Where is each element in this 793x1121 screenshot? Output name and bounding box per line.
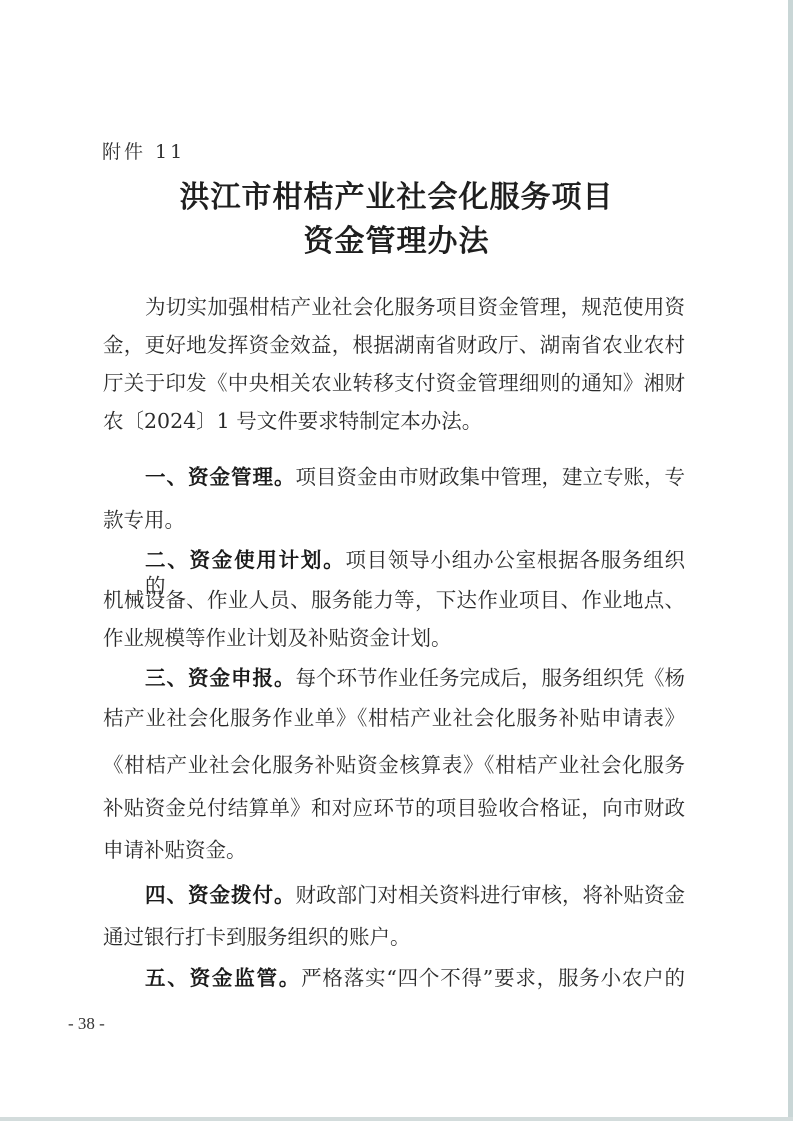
body-text: 金，更好地发挥资金效益，根据湖南省财政厅、湖南省农业农村 bbox=[103, 333, 685, 357]
body-line-content: 四、资金拨付。财政部门对相关资料进行审核，将补贴资金 bbox=[145, 882, 685, 908]
body-line-content: 厅关于印发《中央相关农业转移支付资金管理细则的通知》湘财 bbox=[103, 370, 685, 396]
body-line: 申请补贴资金。 bbox=[103, 837, 685, 863]
body-text: 作业规模等作业计划及补贴资金计划。 bbox=[103, 626, 452, 650]
body-text: 《柑桔产业社会化服务补贴资金核算表》《柑桔产业社会化服务 bbox=[103, 753, 685, 777]
body-line: 补贴资金兑付结算单》和对应环节的项目验收合格证，向市财政 bbox=[103, 795, 685, 821]
scan-edge-bottom bbox=[0, 1117, 793, 1121]
document-title-line-2: 资金管理办法 bbox=[0, 216, 793, 260]
body-line: 为切实加强柑桔产业社会化服务项目资金管理，规范使用资 bbox=[145, 294, 685, 320]
body-text: 补贴资金兑付结算单》和对应环节的项目验收合格证，向市财政 bbox=[103, 796, 685, 820]
body-line: 机械设备、作业人员、服务能力等，下达作业项目、作业地点、 bbox=[103, 587, 685, 613]
section-heading: 二、资金使用计划。 bbox=[145, 548, 345, 572]
body-text: 款专用。 bbox=[103, 508, 185, 532]
body-line-content: 补贴资金兑付结算单》和对应环节的项目验收合格证，向市财政 bbox=[103, 795, 685, 821]
body-line-content: 为切实加强柑桔产业社会化服务项目资金管理，规范使用资 bbox=[145, 294, 685, 320]
body-line: 二、资金使用计划。项目领导小组办公室根据各服务组织的 bbox=[145, 547, 685, 573]
body-line-content: 申请补贴资金。 bbox=[103, 837, 685, 863]
body-text: 财政部门对相关资料进行审核，将补贴资金 bbox=[296, 883, 686, 907]
body-line: 通过银行打卡到服务组织的账户。 bbox=[103, 924, 685, 950]
body-text: 严格落实“四个不得”要求，服务小农户的 bbox=[301, 966, 685, 990]
body-line-content: 三、资金申报。每个环节作业任务完成后，服务组织凭《杨 bbox=[145, 665, 685, 691]
page-number: - 38 - bbox=[68, 1014, 105, 1034]
body-line-content: 农〔2024〕1 号文件要求特制定本办法。 bbox=[103, 408, 685, 434]
body-line: 金，更好地发挥资金效益，根据湖南省财政厅、湖南省农业农村 bbox=[103, 332, 685, 358]
scan-edge-right bbox=[788, 0, 793, 1121]
body-text: 项目资金由市财政集中管理，建立专账，专 bbox=[296, 465, 686, 489]
body-text: 每个环节作业任务完成后，服务组织凭《杨 bbox=[296, 666, 686, 690]
body-line: 三、资金申报。每个环节作业任务完成后，服务组织凭《杨 bbox=[145, 665, 685, 691]
body-line: 桔产业社会化服务作业单》《柑桔产业社会化服务补贴申请表》 bbox=[103, 705, 685, 731]
document-title-line-1: 洪江市柑桔产业社会化服务项目 bbox=[0, 172, 793, 216]
body-line-content: 金，更好地发挥资金效益，根据湖南省财政厅、湖南省农业农村 bbox=[103, 332, 685, 358]
body-line-content: 桔产业社会化服务作业单》《柑桔产业社会化服务补贴申请表》 bbox=[103, 705, 685, 731]
body-line: 一、资金管理。项目资金由市财政集中管理，建立专账，专 bbox=[145, 464, 685, 490]
body-text: 为切实加强柑桔产业社会化服务项目资金管理，规范使用资 bbox=[145, 295, 685, 319]
body-line-content: 五、资金监管。严格落实“四个不得”要求，服务小农户的 bbox=[145, 965, 685, 991]
body-line: 五、资金监管。严格落实“四个不得”要求，服务小农户的 bbox=[145, 965, 685, 991]
body-line: 款专用。 bbox=[103, 507, 685, 533]
body-text: 桔产业社会化服务作业单》《柑桔产业社会化服务补贴申请表》 bbox=[103, 706, 685, 730]
body-line: 厅关于印发《中央相关农业转移支付资金管理细则的通知》湘财 bbox=[103, 370, 685, 396]
body-text: 申请补贴资金。 bbox=[103, 838, 247, 862]
body-line-content: 《柑桔产业社会化服务补贴资金核算表》《柑桔产业社会化服务 bbox=[103, 752, 685, 778]
body-line-content: 机械设备、作业人员、服务能力等，下达作业项目、作业地点、 bbox=[103, 587, 685, 613]
attachment-label: 附件 11 bbox=[102, 137, 185, 164]
body-line-content: 一、资金管理。项目资金由市财政集中管理，建立专账，专 bbox=[145, 464, 685, 490]
body-line-content: 作业规模等作业计划及补贴资金计划。 bbox=[103, 625, 685, 651]
section-heading: 三、资金申报。 bbox=[145, 666, 296, 690]
body-text: 通过银行打卡到服务组织的账户。 bbox=[103, 925, 411, 949]
section-heading: 五、资金监管。 bbox=[145, 966, 301, 990]
body-text: 厅关于印发《中央相关农业转移支付资金管理细则的通知》湘财 bbox=[103, 371, 685, 395]
body-line: 四、资金拨付。财政部门对相关资料进行审核，将补贴资金 bbox=[145, 882, 685, 908]
body-text: 农〔2024〕1 号文件要求特制定本办法。 bbox=[103, 409, 482, 433]
body-line-content: 通过银行打卡到服务组织的账户。 bbox=[103, 924, 685, 950]
body-text: 机械设备、作业人员、服务能力等，下达作业项目、作业地点、 bbox=[103, 588, 685, 612]
section-heading: 一、资金管理。 bbox=[145, 465, 296, 489]
body-line: 作业规模等作业计划及补贴资金计划。 bbox=[103, 625, 685, 651]
body-line: 《柑桔产业社会化服务补贴资金核算表》《柑桔产业社会化服务 bbox=[103, 752, 685, 778]
body-line-content: 款专用。 bbox=[103, 507, 685, 533]
section-heading: 四、资金拨付。 bbox=[145, 883, 296, 907]
body-line: 农〔2024〕1 号文件要求特制定本办法。 bbox=[103, 408, 685, 434]
